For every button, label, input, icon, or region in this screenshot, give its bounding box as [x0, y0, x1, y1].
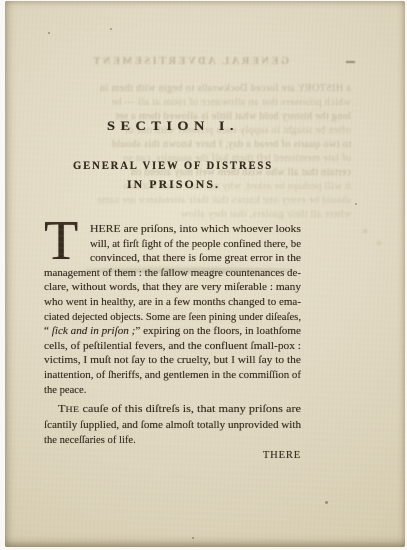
text-segment: HE [66, 404, 80, 414]
scanned-book-page-viewer: GENERAL ADVERTISEMENT a HISTORY are forc… [0, 0, 407, 550]
text-line: the peace. [44, 384, 301, 399]
scan-page: GENERAL ADVERTISEMENT a HISTORY are forc… [5, 1, 405, 547]
text-segment: ſick and in priſon ; [52, 326, 136, 337]
paper-speck [110, 28, 112, 30]
section-heading: SECTION I. [107, 118, 239, 134]
chapter-title-text: GENERAL VIEW OF DISTRESS [73, 160, 273, 172]
chapter-title-line: GENERAL VIEW OF DISTRESS [73, 160, 273, 172]
section-heading-text: SECTION I. [107, 118, 239, 134]
text-segment: ” expiring on the floors, in loathſome [135, 326, 301, 337]
text-line: management of them : the ſallow meagre c… [44, 267, 301, 282]
paper-speck [355, 203, 357, 205]
text-line: convinced, that there is ſome great erro… [90, 252, 301, 267]
bleedthrough-line: to two quarts of bread a day, I have kno… [47, 138, 351, 152]
bleedthrough-heading: GENERAL ADVERTISEMENT [90, 56, 290, 67]
text-line: the neceſſaries of life. [44, 433, 301, 449]
text-line: cells, of peſtilential fevers, and the c… [44, 340, 301, 355]
text-line: clare, without words, that they are very… [44, 281, 301, 296]
bleedthrough-line: a HISTORY are forced Dockwralls to begin… [47, 82, 351, 96]
text-line: who went in healthy, are in a few months… [44, 296, 301, 311]
stray-ink-dash [346, 61, 355, 63]
foxing-spot [363, 229, 367, 233]
chapter-title-text: IN PRISONS. [127, 179, 220, 191]
text-line: inattention, of ſheriffs, and gentlemen … [44, 369, 301, 384]
bleedthrough-line: where all their gaolers, that they allow [47, 208, 351, 222]
bleedthrough-line: which prisoners that an allowance of roo… [47, 96, 351, 110]
text-line: THE cauſe of this diſtreſs is, that many… [58, 402, 301, 418]
bleedthrough-line: should be every one knows that their att… [47, 194, 351, 208]
paragraph: HERE are priſons, into which whoever loo… [44, 223, 301, 398]
bleedthrough-layer: a HISTORY are forced Dockwralls to begin… [47, 82, 351, 222]
paper-speck [325, 501, 328, 504]
text-line: will, at firſt ſight of the people confi… [90, 238, 301, 253]
text-line: HERE are priſons, into which whoever loo… [90, 223, 301, 238]
chapter-title-line: IN PRISONS. [127, 179, 220, 191]
paragraph: THE cauſe of this diſtreſs is, that many… [44, 402, 301, 449]
text-line: ciated dejected objects. Some are ſeen p… [44, 311, 301, 326]
catchword: THERE [44, 450, 301, 461]
text-line: victims, I muſt not ſay to the cruelty, … [44, 354, 301, 369]
text-line: “ ſick and in priſon ;” expiring on the … [44, 325, 301, 340]
text-segment: cauſe of this diſtreſs is, that many pri… [79, 404, 301, 415]
paper-speck [48, 32, 50, 34]
foxing-spot [377, 241, 381, 245]
text-line: ſcantily ſupplied, and ſome almoſt total… [44, 418, 301, 434]
paper-speck [192, 537, 194, 539]
